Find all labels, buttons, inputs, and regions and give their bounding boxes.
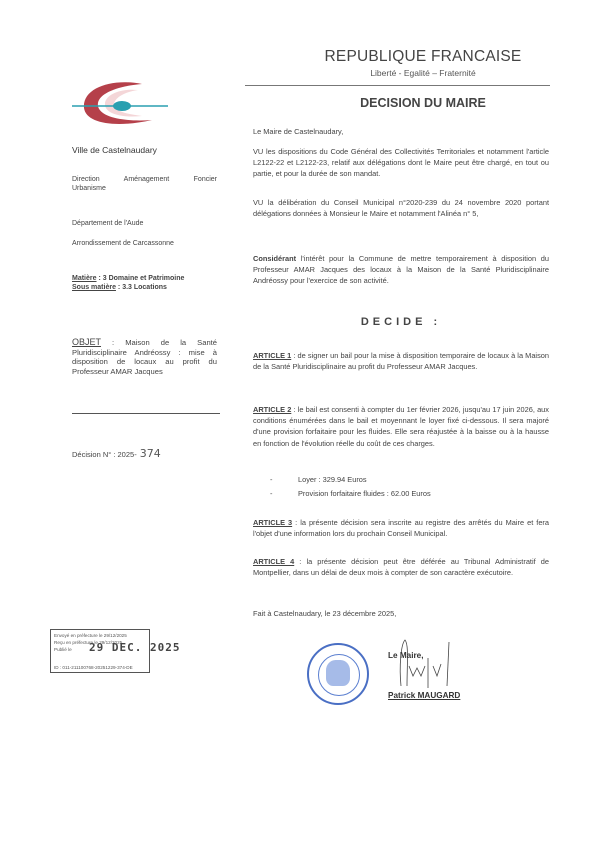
decision-number-line: Décision N° : 2025-374 — [72, 447, 161, 460]
vu-paragraph-2: VU la délibération du Conseil Municipal … — [253, 197, 549, 219]
stamp-sent: Envoyé en préfecture le 29/12/2025 — [54, 632, 146, 639]
prefecture-stamp: Envoyé en préfecture le 29/12/2025 Reçu … — [50, 629, 150, 673]
decide-heading: DECIDE : — [253, 316, 549, 328]
matiere-line: Matière : 3 Domaine et Patrimoine — [72, 274, 217, 283]
republic-motto: Liberté - Egalité – Fraternité — [313, 68, 533, 78]
signature-title: Le Maire, — [388, 651, 424, 660]
city-logo-icon — [72, 78, 172, 128]
fait-line: Fait à Castelnaudary, le 23 décembre 202… — [253, 608, 549, 619]
decision-number: 374 — [140, 447, 161, 460]
objet-block: OBJET : Maison de la Santé Pluridiscipli… — [72, 338, 217, 376]
bullet-provision: -Provision forfaitaire fluides : 62.00 E… — [270, 489, 431, 498]
stamp-id: ID : 011-211100768-20251229-374-DE — [54, 664, 133, 671]
article-label: ARTICLE 2 — [253, 405, 291, 414]
direction-label-line2: Urbanisme — [72, 184, 217, 193]
departement-label: Département de l'Aude — [72, 219, 217, 228]
signature-scribble-icon — [395, 636, 455, 691]
city-name: Ville de Castelnaudary — [72, 145, 157, 155]
article-2: ARTICLE 2 : le bail est consenti à compt… — [253, 404, 549, 449]
considerant-paragraph: Considérant l'intérêt pour la Commune de… — [253, 253, 549, 287]
matiere-value: : 3 Domaine et Patrimoine — [97, 275, 185, 282]
republic-heading: REPUBLIQUE FRANCAISE — [313, 48, 533, 66]
decision-number-label: Décision N° : 2025- — [72, 450, 137, 459]
article-text: : la présente décision peut être déférée… — [253, 557, 549, 577]
bullet-dash: - — [270, 475, 298, 484]
bullet-text: Provision forfaitaire fluides : 62.00 Eu… — [298, 489, 431, 498]
article-4: ARTICLE 4 : la présente décision peut êt… — [253, 556, 549, 578]
objet-label: OBJET — [72, 337, 101, 347]
arrondissement-label: Arrondissement de Carcassonne — [72, 239, 217, 248]
article-label: ARTICLE 4 — [253, 557, 294, 566]
article-label: ARTICLE 3 — [253, 518, 292, 527]
bullet-loyer: -Loyer : 329.94 Euros — [270, 475, 367, 484]
considerant-label: Considérant — [253, 254, 296, 263]
matiere-label: Matière — [72, 275, 97, 282]
sous-matiere-value: : 3.3 Locations — [116, 284, 167, 291]
stamp-date: 29 DEC. 2025 — [89, 644, 180, 651]
bullet-text: Loyer : 329.94 Euros — [298, 475, 367, 484]
article-label: ARTICLE 1 — [253, 351, 291, 360]
article-3: ARTICLE 3 : la présente décision sera in… — [253, 517, 549, 539]
sidebar-divider — [72, 413, 220, 414]
header-divider — [245, 85, 550, 86]
intro-line: Le Maire de Castelnaudary, — [253, 126, 549, 137]
article-1: ARTICLE 1 : de signer un bail pour la mi… — [253, 350, 549, 372]
article-text: : de signer un bail pour la mise à dispo… — [253, 351, 549, 371]
sous-matiere-line: Sous matière : 3.3 Locations — [72, 283, 217, 292]
city-seal-icon — [307, 643, 369, 705]
article-text: : la présente décision sera inscrite au … — [253, 518, 549, 538]
signatory-name: Patrick MAUGARD — [388, 691, 460, 700]
document-title: DECISION DU MAIRE — [313, 96, 533, 110]
article-text: : le bail est consenti à compter du 1er … — [253, 405, 549, 448]
bullet-dash: - — [270, 489, 298, 498]
vu-paragraph-1: VU les dispositions du Code Général des … — [253, 146, 549, 180]
considerant-text: l'intérêt pour la Commune de mettre temp… — [253, 254, 549, 285]
direction-label: Direction Aménagement Foncier — [72, 175, 217, 184]
sous-matiere-label: Sous matière — [72, 284, 116, 291]
